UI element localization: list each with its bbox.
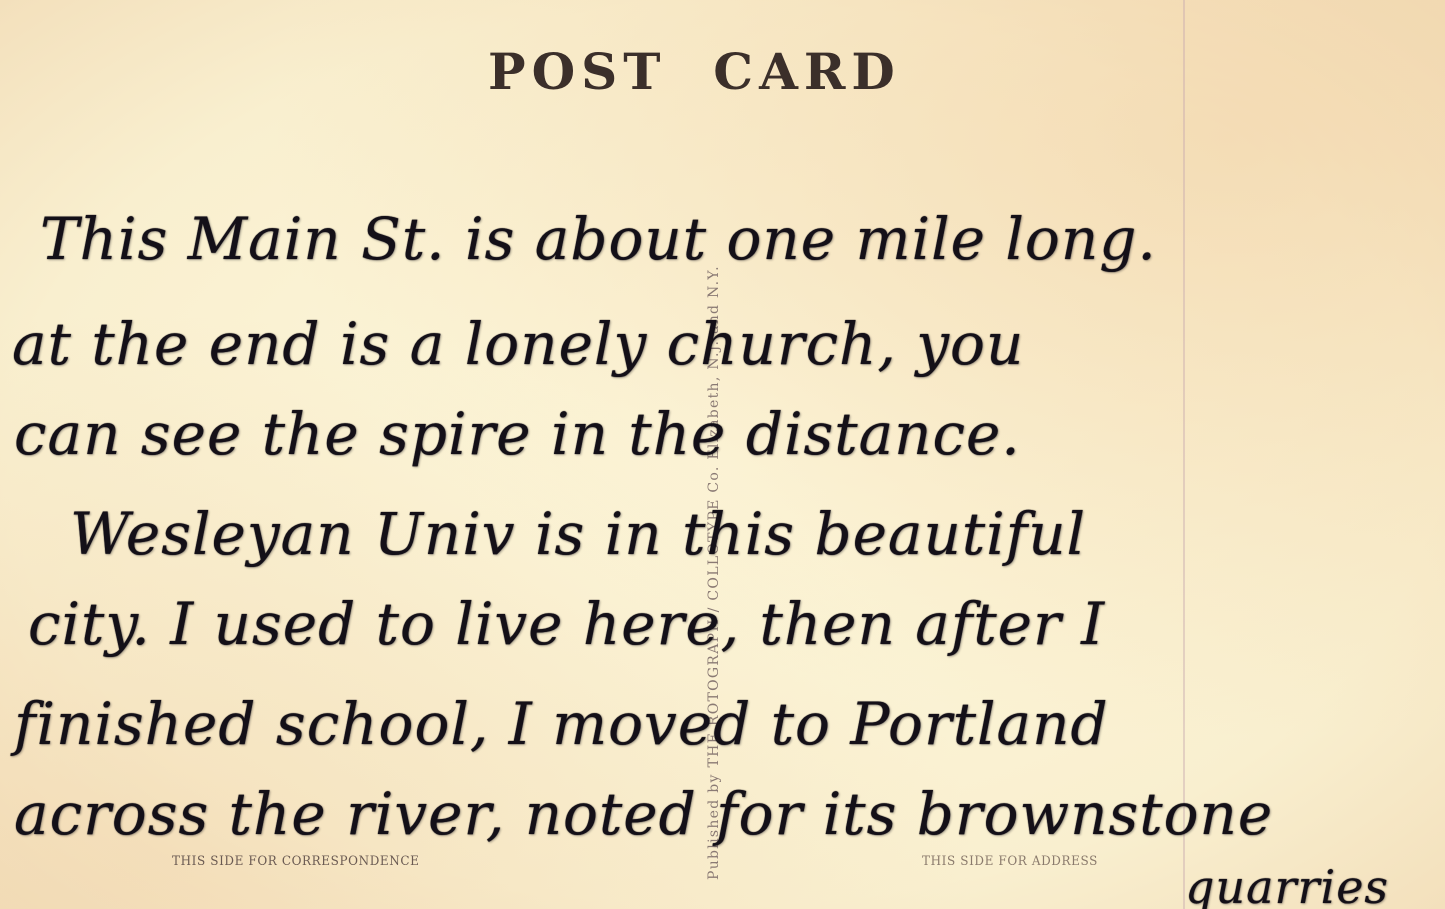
- postcard-back: POST CARD Published by THE ROTOGRAPH / C…: [0, 0, 1445, 909]
- message-line: finished school, I moved to Portland: [14, 690, 1109, 758]
- message-line: quarries: [1185, 860, 1389, 909]
- message-line: city. I used to live here, then after I: [28, 590, 1105, 658]
- message-line: This Main St. is about one mile long.: [40, 205, 1157, 273]
- message-line: at the end is a lonely church, you: [12, 310, 1024, 378]
- message-line: can see the spire in the distance.: [14, 400, 1021, 468]
- message-line: Wesleyan Univ is in this beautiful: [70, 500, 1086, 568]
- stamp-area-divider: [1183, 0, 1185, 909]
- message-line: across the river, noted for its brownsto…: [14, 780, 1273, 848]
- postcard-title: POST CARD: [488, 42, 901, 101]
- address-label: THIS SIDE FOR ADDRESS: [922, 854, 1098, 869]
- correspondence-label: THIS SIDE FOR CORRESPONDENCE: [172, 854, 420, 869]
